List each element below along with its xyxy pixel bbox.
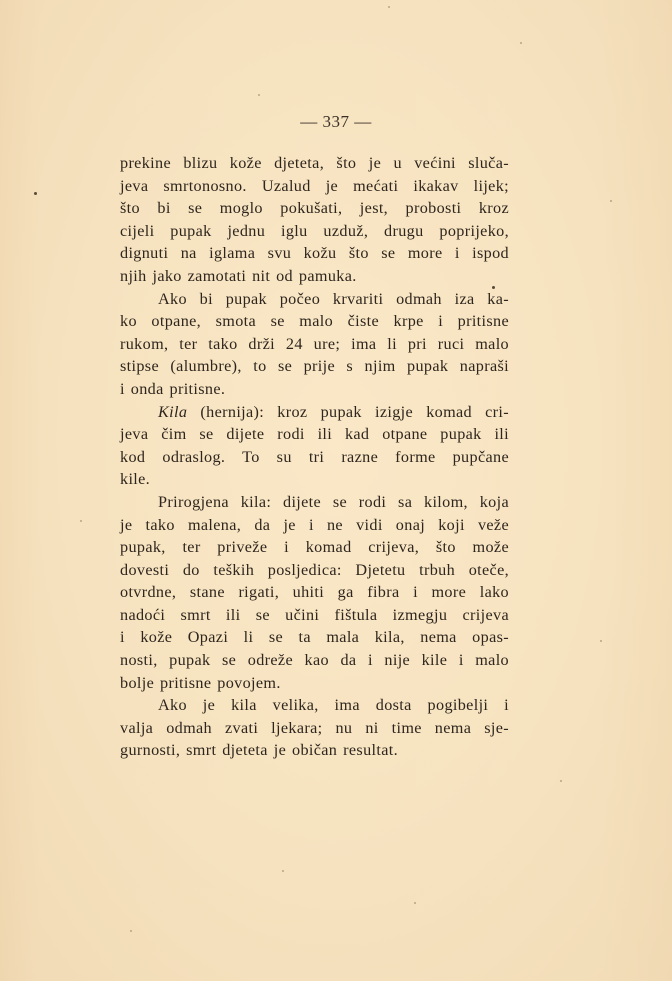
paper-speck [258, 94, 260, 96]
paragraph-3: Kila (hernija): kroz pupak izigje komad … [120, 401, 509, 491]
paper-speck [414, 902, 416, 904]
text-line: Ako je kila velika, ima dosta pogibelji … [120, 694, 509, 717]
text-line: dignuti na iglama svu kožu što se more i… [120, 242, 509, 265]
text-line: nadoći smrt ili se učini fištula izmegju… [120, 604, 509, 627]
text-line: i onda pritisne. [120, 378, 509, 401]
paper-speck [388, 6, 390, 8]
paragraph-1: prekine blizu kože djeteta, što je u već… [120, 152, 509, 288]
text-line: stipse (alumbre), to se prije s njim pup… [120, 355, 509, 378]
text-line: Prirogjena kila: dijete se rodi sa kilom… [120, 491, 509, 514]
text-line: kod odraslog. To su tri razne forme pupč… [120, 446, 509, 469]
paper-speck [130, 930, 132, 932]
page-number: — 337 — [0, 112, 672, 132]
text-line: njih jako zamotati nit od pamuka. [120, 265, 509, 288]
text-line: prekine blizu kože djeteta, što je u već… [120, 152, 509, 175]
text-line: jeva smrtonosno. Uzalud je mećati ikakav… [120, 175, 509, 198]
paper-speck [282, 870, 284, 872]
text-line-rest: (hernija): kroz pupak izigje komad cri- [187, 403, 509, 421]
text-line: jeva čim se dijete rodi ili kad otpane p… [120, 423, 509, 446]
text-line: i kože Opazi li se ta mala kila, nema op… [120, 626, 509, 649]
text-line: dovesti do teških posljedica: Djetetu tr… [120, 559, 509, 582]
paragraph-4: Prirogjena kila: dijete se rodi sa kilom… [120, 491, 509, 694]
text-line: nosti, pupak se odreže kao da i nije kil… [120, 649, 509, 672]
margin-mark [34, 192, 37, 195]
text-line: je tako malena, da je i ne vidi onaj koj… [120, 514, 509, 537]
book-page: — 337 — prekine blizu kože djeteta, što … [0, 0, 672, 981]
text-line: bolje pritisne povojem. [120, 672, 509, 695]
paper-speck [600, 640, 602, 642]
paper-speck [520, 42, 522, 44]
text-line: Ako bi pupak počeo krvariti odmah iza ka… [120, 288, 509, 311]
italic-term: Kila [158, 403, 187, 421]
text-line: što bi se moglo pokušati, jest, probosti… [120, 197, 509, 220]
text-line: gurnosti, smrt djeteta je običan resulta… [120, 739, 509, 762]
text-line: otvrdne, stane rigati, uhiti ga fibra i … [120, 581, 509, 604]
paper-speck [80, 520, 82, 522]
paragraph-2: Ako bi pupak počeo krvariti odmah iza ka… [120, 288, 509, 401]
paper-speck [610, 200, 612, 202]
paragraph-5: Ako je kila velika, ima dosta pogibelji … [120, 694, 509, 762]
text-line: Kila (hernija): kroz pupak izigje komad … [120, 401, 509, 424]
paper-speck [560, 780, 562, 782]
text-line: cijeli pupak jednu iglu uzduž, drugu pop… [120, 220, 509, 243]
text-line: ko otpane, smota se malo čiste krpe i pr… [120, 310, 509, 333]
text-line: pupak, ter priveže i komad crijeva, što … [120, 536, 509, 559]
text-line: kile. [120, 468, 509, 491]
text-line: rukom, ter tako drži 24 ure; ima li pri … [120, 333, 509, 356]
text-line: valja odmah zvati ljekara; nu ni time ne… [120, 717, 509, 740]
body-text: prekine blizu kože djeteta, što je u već… [120, 152, 509, 762]
